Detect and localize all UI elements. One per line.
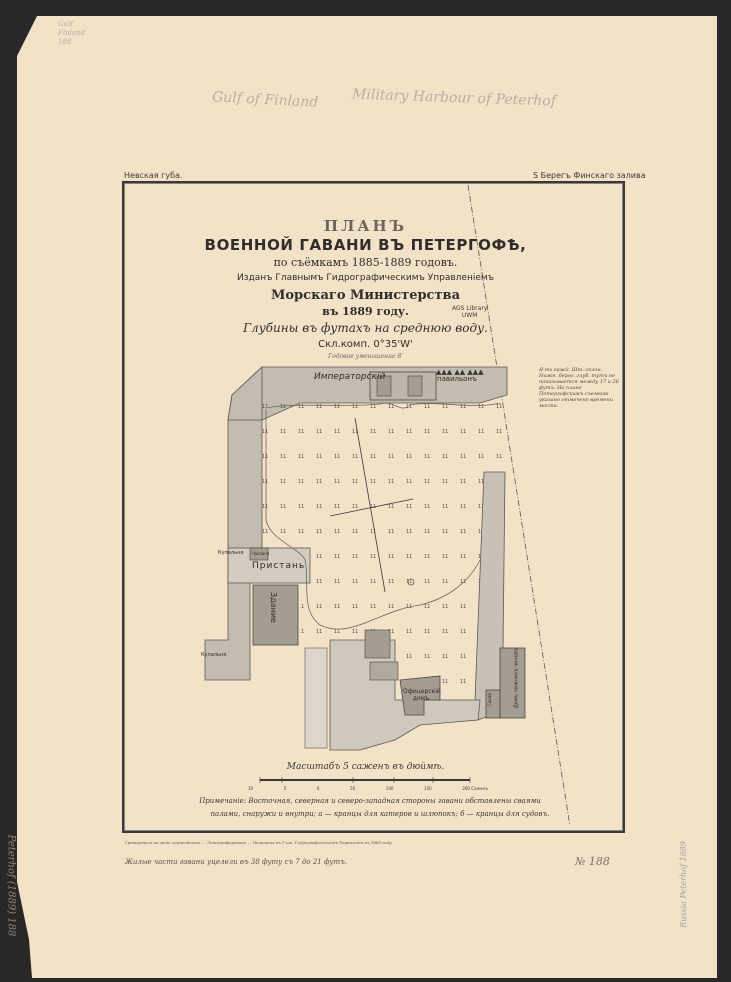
scale-title: Масштабъ 5 саженъ въ дюймѣ. [0,762,731,772]
harbour-plan: 11 ▲▲▲ ▲▲ ▲▲▲ [0,0,731,982]
footnote-line-2: палами, снаружи и внутри; а — кранцы для… [210,810,550,818]
hand-note: Жилые части гавани уцелели въ 38 футу съ… [125,858,347,866]
scale-tick: 0 [317,786,320,791]
label-barracks: Домъ нижнихъ чиновъ [513,648,519,709]
imprint: Гравировалъ на меди чертежникъ ... Литог… [125,840,620,845]
label-officers-house: Офицерскiй домъ [403,688,439,702]
scale-ticks: 10 5 0 50 100 150 200 Саженъ [248,786,488,791]
label-pavilion: павильонъ [437,375,477,383]
label-bath-1: Купальня [218,550,243,556]
footnote-line-1: Примечанiе: Восточная, северная и северо… [130,797,610,805]
label-imperial: Императорскiй [314,372,385,382]
scale-tick: 150 [424,786,432,791]
scale-tick: 200 Саженъ [462,786,488,791]
label-shed: Сарай [487,693,492,706]
label-bath-2: Купальня [201,652,226,658]
label-building: Здание [269,592,278,623]
label-pier: Пристань [252,561,305,571]
scale-tick: 10 [248,786,253,791]
scale-tick: 50 [350,786,355,791]
scale-tick: 5 [284,786,287,791]
side-note: Я-ть кажд. Шт. склон. Нижн. берег. глуб.… [539,367,621,409]
label-chapel: Часовня [252,551,269,556]
scale-tick: 100 [386,786,394,791]
sheet-number: № 188 [575,855,610,868]
